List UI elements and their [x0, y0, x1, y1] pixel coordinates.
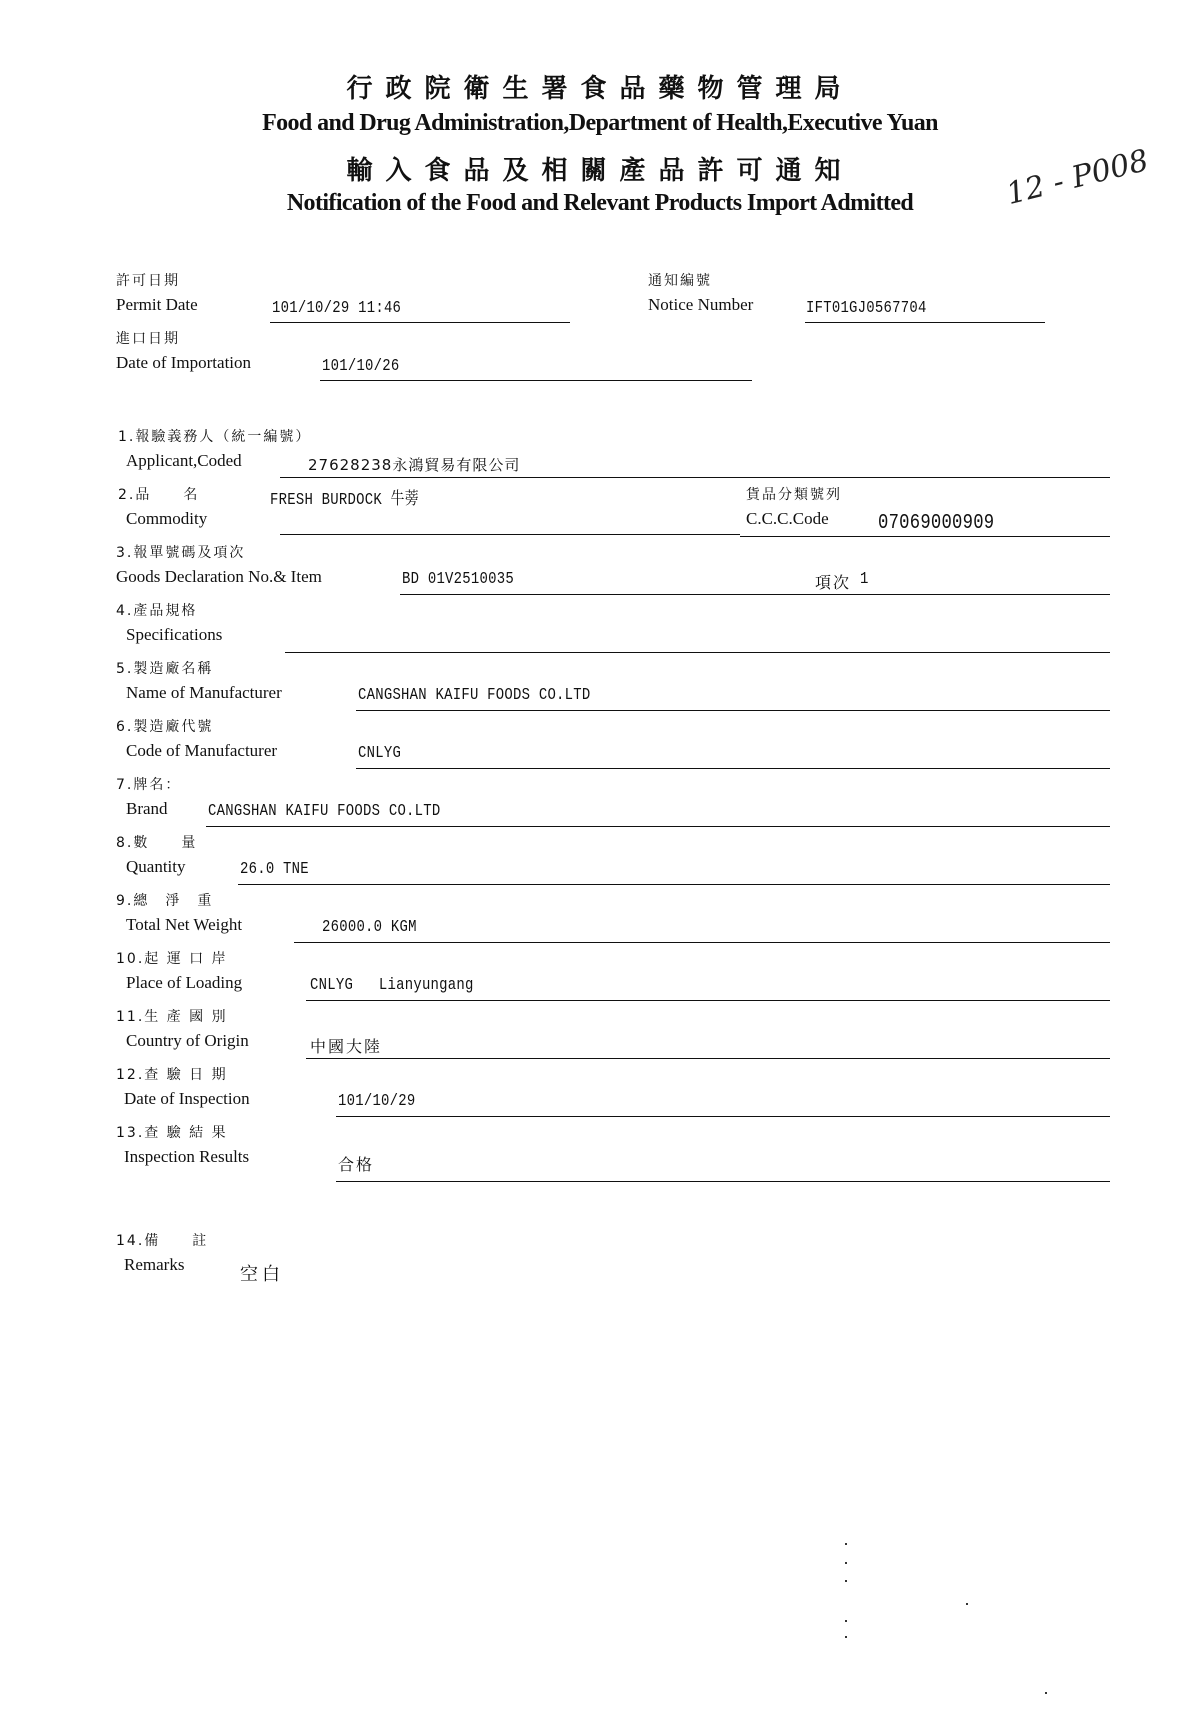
scan-speck: [845, 1543, 847, 1545]
net-weight-label: Total Net Weight: [126, 915, 242, 935]
permit-date-rule: [270, 322, 570, 323]
ccc-code-label-cn: 貨品分類號列: [746, 484, 842, 504]
manufacturer-name-value: CANGSHAN KAIFU FOODS CO.LTD: [358, 686, 591, 705]
applicant-value: 27628238永鴻貿易有限公司: [308, 454, 520, 475]
specifications-label-cn: 4.產品規格: [116, 600, 197, 620]
goods-declaration-value: BD 01V2510035: [402, 570, 514, 589]
goods-declaration-rule: [400, 594, 1110, 595]
manufacturer-code-label: Code of Manufacturer: [126, 741, 277, 761]
origin-country-value: 中國大陸: [310, 1034, 382, 1057]
permit-date-value: 101/10/29 11:46: [272, 299, 401, 318]
remarks-value: 空白: [240, 1260, 284, 1286]
inspection-date-label-cn: 12.查 驗 日 期: [116, 1064, 228, 1084]
ccc-code-value: 07069000909: [878, 512, 994, 535]
inspection-date-value: 101/10/29: [338, 1092, 416, 1111]
commodity-rule: [280, 534, 740, 535]
loading-place-rule: [306, 1000, 1110, 1001]
manufacturer-name-label: Name of Manufacturer: [126, 683, 282, 703]
importation-date-value: 101/10/26: [322, 357, 400, 376]
commodity-label-cn: 2.品 名: [118, 484, 199, 504]
item-label: 項次: [815, 570, 851, 593]
origin-country-label: Country of Origin: [126, 1031, 249, 1051]
notice-number-rule: [805, 322, 1045, 323]
quantity-label: Quantity: [126, 857, 186, 877]
applicant-rule: [280, 477, 1110, 478]
inspection-date-rule: [336, 1116, 1110, 1117]
scan-speck: [966, 1603, 968, 1605]
commodity-value: FRESH BURDOCK 牛蒡: [270, 484, 419, 510]
net-weight-rule: [294, 942, 1110, 943]
scan-speck: [845, 1620, 847, 1622]
manufacturer-code-value: CNLYG: [358, 744, 401, 763]
origin-country-rule: [306, 1058, 1110, 1059]
ccc-code-label: C.C.C.Code: [746, 509, 829, 529]
remarks-label-cn: 14.備 註: [116, 1230, 208, 1250]
applicant-label: Applicant,Coded: [126, 451, 242, 471]
manufacturer-code-rule: [356, 768, 1110, 769]
loading-place-value: CNLYG Lianyungang: [310, 976, 474, 995]
inspection-date-label: Date of Inspection: [124, 1089, 250, 1109]
applicant-label-cn: 1.報驗義務人（統一編號）: [118, 426, 311, 446]
inspection-results-value: 合格: [338, 1152, 374, 1175]
inspection-results-label-cn: 13.查 驗 結 果: [116, 1122, 228, 1142]
quantity-rule: [238, 884, 1110, 885]
inspection-results-rule: [336, 1181, 1110, 1182]
importation-date-label-cn: 進口日期: [116, 328, 180, 348]
item-value: 1: [860, 570, 869, 589]
agency-name-cn: 行政院衛生署食品藥物管理局: [0, 68, 1200, 105]
manufacturer-code-label-cn: 6.製造廠代號: [116, 716, 213, 736]
net-weight-label-cn: 9.總 淨 重: [116, 890, 213, 910]
brand-label: Brand: [126, 799, 168, 819]
importation-date-rule: [320, 380, 752, 381]
scan-speck: [1045, 1692, 1047, 1694]
notice-number-value: IFT01GJ0567704: [806, 299, 927, 318]
scan-speck: [845, 1636, 847, 1638]
notice-number-label-cn: 通知編號: [648, 270, 712, 290]
manufacturer-name-rule: [356, 710, 1110, 711]
loading-place-label-cn: 10.起 運 口 岸: [116, 948, 228, 968]
goods-declaration-label-cn: 3.報單號碼及項次: [116, 542, 245, 562]
brand-value: CANGSHAN KAIFU FOODS CO.LTD: [208, 802, 441, 821]
net-weight-value: 26000.0 KGM: [322, 918, 417, 937]
origin-country-label-cn: 11.生 產 國 別: [116, 1006, 228, 1026]
specifications-label: Specifications: [126, 625, 222, 645]
commodity-label: Commodity: [126, 509, 207, 529]
manufacturer-name-label-cn: 5.製造廠名稱: [116, 658, 213, 678]
specifications-rule: [285, 652, 1110, 653]
scan-speck: [845, 1562, 847, 1564]
scan-speck: [845, 1580, 847, 1582]
loading-place-label: Place of Loading: [126, 973, 242, 993]
brand-rule: [206, 826, 1110, 827]
quantity-label-cn: 8.數 量: [116, 832, 197, 852]
permit-date-label-cn: 許可日期: [116, 270, 180, 290]
notice-number-label: Notice Number: [648, 295, 753, 315]
permit-date-label: Permit Date: [116, 295, 198, 315]
importation-date-label: Date of Importation: [116, 353, 251, 373]
goods-declaration-label: Goods Declaration No.& Item: [116, 567, 322, 587]
agency-name-en: Food and Drug Administration,Department …: [0, 110, 1200, 137]
remarks-label: Remarks: [124, 1255, 184, 1275]
brand-label-cn: 7.牌名：: [116, 774, 181, 794]
ccc-code-rule: [740, 536, 1110, 537]
inspection-results-label: Inspection Results: [124, 1147, 249, 1167]
quantity-value: 26.0 TNE: [240, 860, 309, 879]
